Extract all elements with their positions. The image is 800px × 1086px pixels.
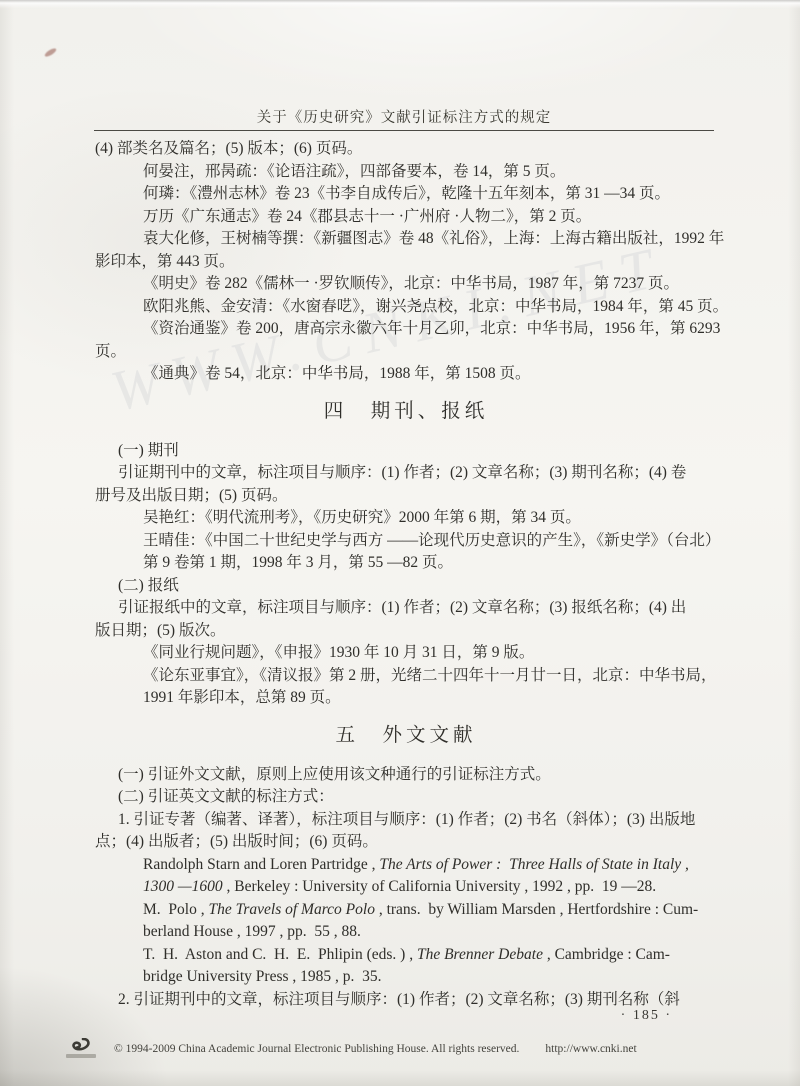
document-body: (4) 部类名及篇名；(5) 版本；(6) 页码。何晏注，邢昺疏：《论语注疏》，… [95,138,717,1011]
text-line: 引证报纸中的文章，标注项目与顺序：(1) 作者；(2) 文章名称；(3) 报纸名… [95,597,717,620]
copyright-text: © 1994-2009 China Academic Journal Elect… [114,1043,519,1055]
logo-caption-bar [66,1054,96,1058]
pen-smudge-mark [44,47,58,58]
text-line: bridge University Press , 1985 , p. 35. [95,966,717,989]
footer-bar: © 1994-2009 China Academic Journal Elect… [66,1038,766,1060]
text-line: berland House , 1997 , pp. 55 , 88. [95,921,717,944]
text-line: 王晴佳：《中国二十世纪史学与西方 ——论现代历史意识的产生》，《新史学》（台北） [95,530,717,553]
text-line: M. Polo , The Travels of Marco Polo , tr… [95,899,717,922]
running-header-title: 关于《历史研究》文献引证标注方式的规定 [95,106,713,127]
text-line: Randolph Starn and Loren Partridge , The… [95,854,717,877]
text-line: 欧阳兆熊、金安清：《水窗春呓》，谢兴尧点校，北京：中华书局，1984 年，第 4… [95,296,717,319]
text-line: (二) 引证英文文献的标注方式： [95,786,717,809]
text-line: 《同业行规问题》，《申报》1930 年 10 月 31 日，第 9 版。 [95,642,717,665]
text-line: 1. 引证专著（编著、译著），标注项目与顺序：(1) 作者；(2) 书名（斜体）… [95,809,717,832]
header-rule [94,130,714,131]
section-heading: 四 期刊、报纸 [95,398,717,426]
text-line: 何璘：《澧州志林》卷 23《书李自成传后》，乾隆十五年刻本，第 31 —34 页… [95,183,717,206]
text-line: 袁大化修，王树楠等撰：《新疆图志》卷 48《礼俗》，上海：上海古籍出版社，199… [95,228,717,251]
text-line: 《论东亚事宜》，《清议报》第 2 册，光绪二十四年十一月廿一日，北京：中华书局， [95,665,717,688]
text-line: 册号及出版日期；(5) 页码。 [95,485,717,508]
text-line: 第 9 卷第 1 期，1998 年 3 月，第 55 —82 页。 [95,552,717,575]
copyright-line: © 1994-2009 China Academic Journal Elect… [114,1038,637,1057]
text-line: (4) 部类名及篇名；(5) 版本；(6) 页码。 [95,138,717,161]
text-line: 1991 年影印本，总第 89 页。 [95,687,717,710]
text-line: 《通典》卷 54，北京：中华书局，1988 年，第 1508 页。 [95,363,717,386]
text-line: 点；(4) 出版者；(5) 出版时间；(6) 页码。 [95,831,717,854]
text-line: (二) 报纸 [95,575,717,598]
text-line: 何晏注，邢昺疏：《论语注疏》，四部备要本，卷 14，第 5 页。 [95,161,717,184]
section-heading: 五 外文文献 [95,722,717,750]
page-number: · 185 · [621,1008,672,1024]
text-line: 引证期刊中的文章，标注项目与顺序：(1) 作者；(2) 文章名称；(3) 期刊名… [95,462,717,485]
text-line: 1300 —1600 , Berkeley : University of Ca… [95,876,717,899]
cnki-url: http://www.cnki.net [545,1043,636,1055]
text-line: 吴艳红：《明代流刑考》，《历史研究》2000 年第 6 期，第 34 页。 [95,507,717,530]
text-line: 页。 [95,341,717,364]
text-line: 《明史》卷 282《儒林一 ·罗钦顺传》，北京：中华书局，1987 年，第 72… [95,273,717,296]
scanned-document-page: WWW.CNKI.NET 关于《历史研究》文献引证标注方式的规定 (4) 部类名… [0,0,800,1086]
text-line: 版日期；(5) 版次。 [95,620,717,643]
text-line: 《资治通鉴》卷 200，唐高宗永徽六年十月乙卯，北京：中华书局，1956 年，第… [95,318,717,341]
text-line: (一) 引证外文文献，原则上应使用该文种通行的引证标注方式。 [95,764,717,787]
cnki-logo-icon [66,1038,96,1060]
text-line: (一) 期刊 [95,440,717,463]
text-line: T. H. Aston and C. H. E. Phlipin (eds. )… [95,944,717,967]
text-line: 影印本，第 443 页。 [95,251,717,274]
text-line: 万历《广东通志》卷 24《郡县志十一 ·广州府 ·人物二》，第 2 页。 [95,206,717,229]
